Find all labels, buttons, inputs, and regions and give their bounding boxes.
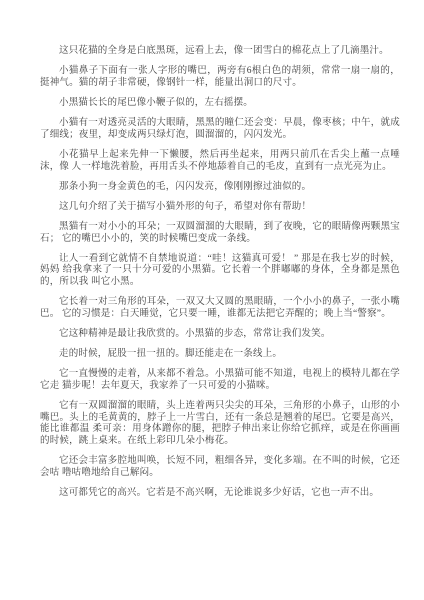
paragraph: 它有一双圆溜溜的眼睛，头上连着两只尖尖的耳朵，三角形的小鼻子，山形的小嘴巴。头上… xyxy=(40,401,400,447)
paragraph: 那条小狗一身金黄色的毛，闪闪发亮，像刚刚擦过油似的。 xyxy=(40,182,400,194)
document-page: 这只花猫的全身是白底黑斑，远看上去，像一团雪白的棉花点上了几滴墨汁。 小猫鼻子下… xyxy=(0,0,424,600)
paragraph: 它长着一对三角形的耳朵，一双又大又圆的黑眼睛，一个小小的鼻子，一张小嘴巴。 它的… xyxy=(40,297,400,320)
paragraph: 黑猫有一对小小的耳朵；一双圆溜溜的大眼睛，到了夜晚，它的眼睛像两颗黑宝石； 它的… xyxy=(40,222,400,245)
paragraph: 这可都凭它的高兴。它若是不高兴啊，无论谁说多少好话，它也一声不出。 xyxy=(40,488,400,500)
paragraph: 走的时候，屁股一扭一扭的。脚还能走在一条线上。 xyxy=(40,349,400,361)
paragraph: 小黑猫长长的尾巴像小鞭子似的，左右摇摆。 xyxy=(40,98,400,110)
paragraph: 这几句介绍了关于描写小猫外形的句子，希望对你有帮助！ xyxy=(40,202,400,214)
paragraph: 这只花猫的全身是白底黑斑，远看上去，像一团雪白的棉花点上了几滴墨汁。 xyxy=(40,46,400,58)
paragraph: 小猫有一对透亮灵活的大眼睛，黑黑的瞳仁还会变：早晨，像枣核；中午，就成了细线；夜… xyxy=(40,118,400,141)
paragraph: 它还会丰富多腔地叫唤，长短不同，粗细各异，变化多端。在不叫的时候，它还会咕 噜咕… xyxy=(40,456,400,479)
paragraph: 让人一看到它就情不自禁地说道：“哇！这猫真可爱！ ” 那是在我七岁的时候，妈妈 … xyxy=(40,254,400,289)
paragraph: 小花猫早上起来先伸一下懒腰，然后再坐起来，用两只前爪在舌尖上蘸一点唾沫，像 人一… xyxy=(40,150,400,173)
paragraph: 小猫鼻子下面有一张人字形的嘴巴，两旁有6根白色的胡须，常常一扇一扇的，挺神气。猫… xyxy=(40,66,400,89)
paragraph: 它这种精神是最让我欣赏的。小黑猫的步态，常常让我们发笑。 xyxy=(40,329,400,341)
paragraph: 它一直慢慢的走着，从来都不着急。小黑猫可能不知道，电视上的模特儿都在学它走 猫步… xyxy=(40,369,400,392)
